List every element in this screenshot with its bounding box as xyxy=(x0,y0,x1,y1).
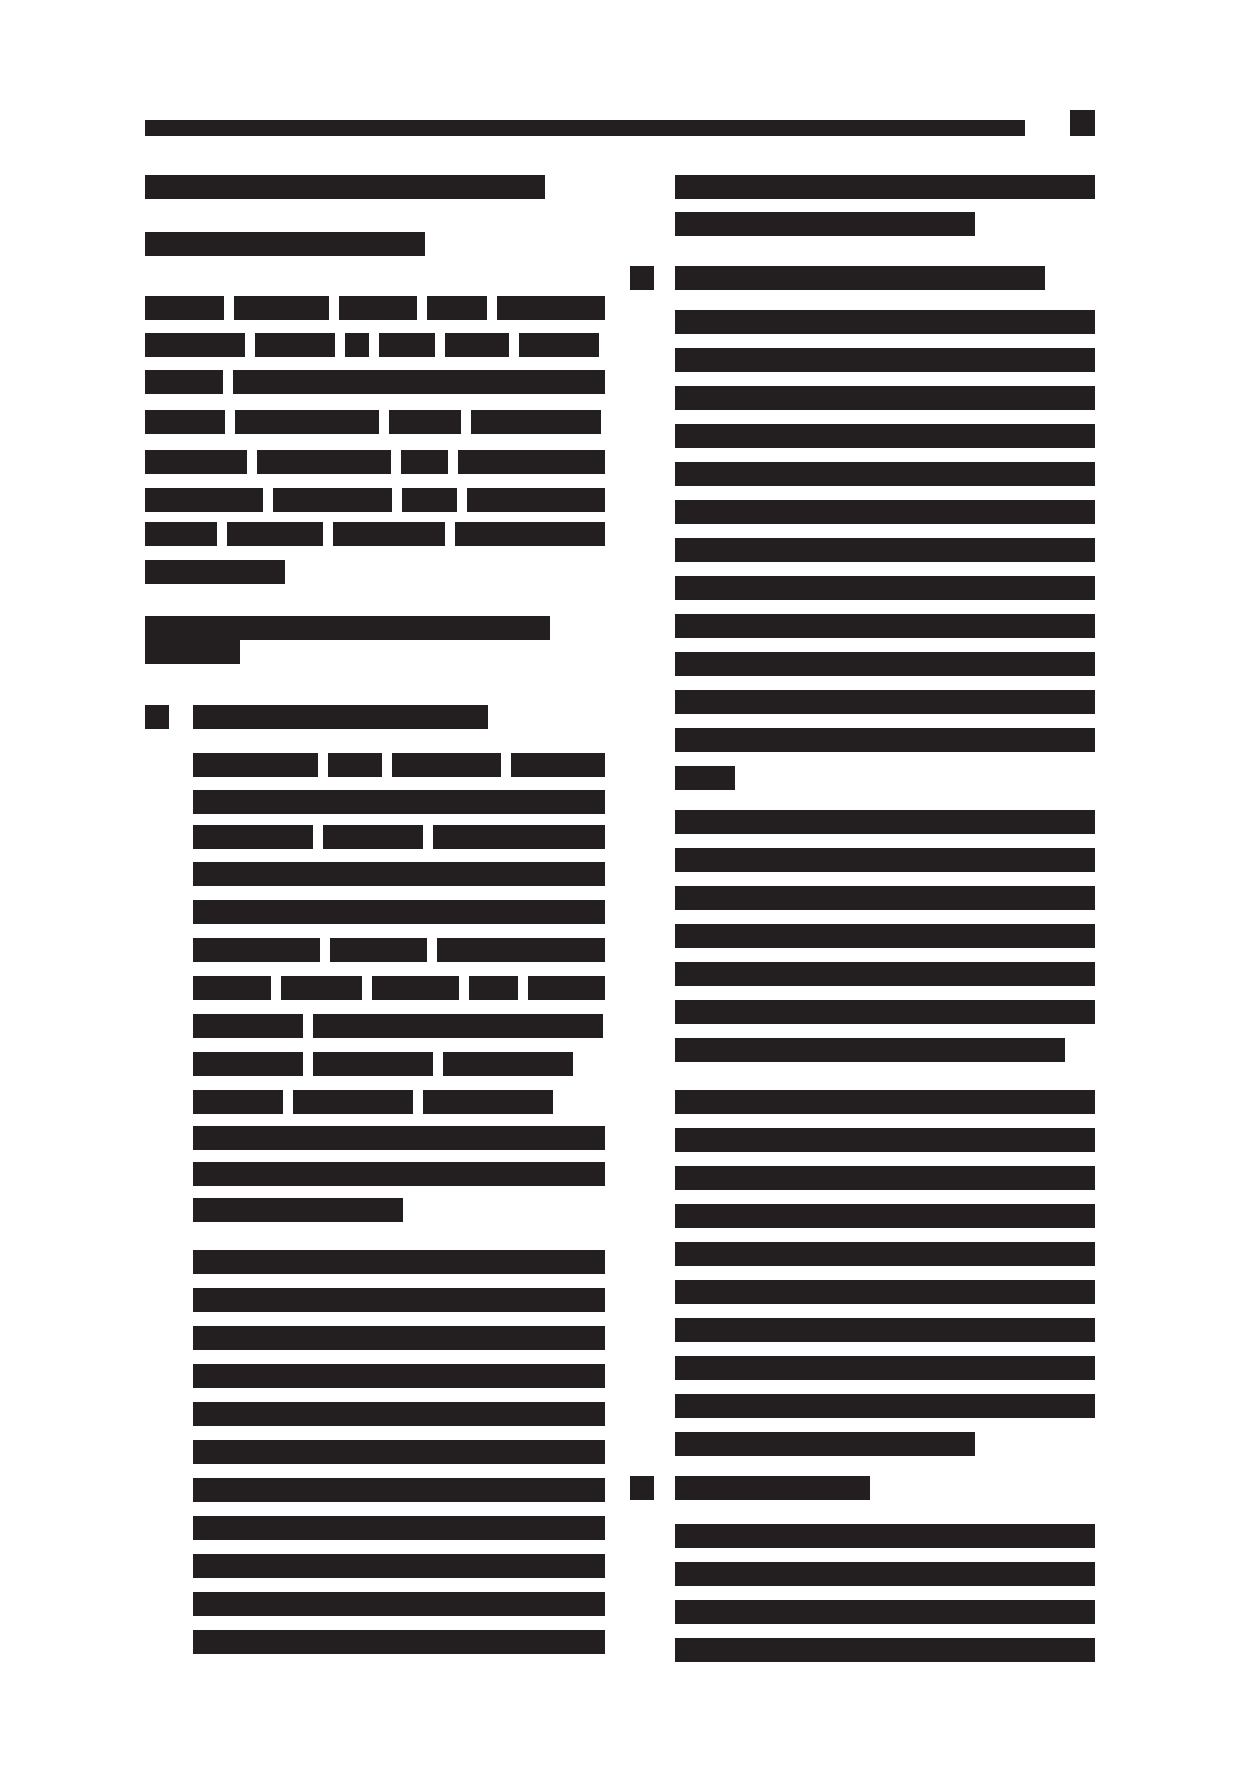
list-item-title xyxy=(675,266,1045,290)
list-item-title xyxy=(675,1476,870,1500)
running-header xyxy=(145,120,1025,136)
section-heading xyxy=(145,616,550,640)
section-heading-cont xyxy=(145,640,240,664)
list-number xyxy=(630,1476,654,1500)
list-number xyxy=(145,705,169,729)
section-subheading xyxy=(145,232,425,256)
section-heading xyxy=(145,175,545,199)
page-number xyxy=(1070,110,1095,136)
list-number xyxy=(630,266,654,290)
list-item-title xyxy=(193,705,488,729)
